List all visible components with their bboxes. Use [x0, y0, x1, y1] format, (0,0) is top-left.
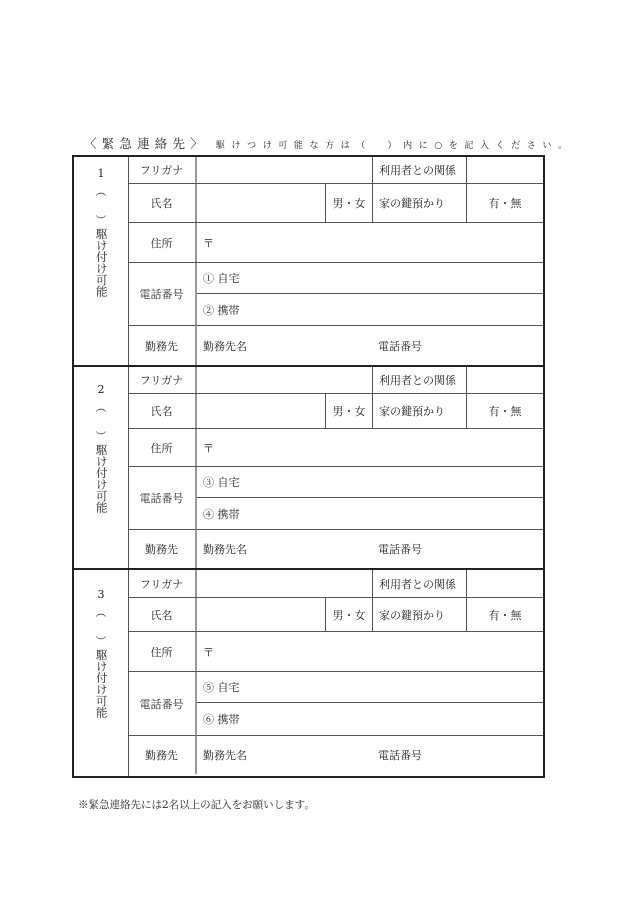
relation-field[interactable] — [466, 367, 543, 393]
contact-block-2: 2 ︵ ︶ 駆け付け可能 フリガナ 利用者との関係 氏名 男・女 家の鍵預かり … — [74, 367, 543, 570]
relation-field[interactable] — [466, 157, 543, 183]
phone-label: 電話番号 — [128, 467, 197, 530]
relation-field[interactable] — [466, 570, 543, 597]
key-select[interactable]: 有・無 — [466, 394, 543, 428]
key-label: 家の鍵預かり — [372, 184, 466, 222]
postal-mark: 〒 — [203, 235, 214, 251]
mobile-phone-row: ⑥ 携帯 — [197, 703, 543, 736]
home-phone-field[interactable]: ③ 自宅 — [197, 467, 543, 497]
address-row: 住所 〒 — [128, 429, 543, 467]
contact-fields: フリガナ 利用者との関係 氏名 男・女 家の鍵預かり 有・無 住所 〒 電話番号… — [128, 367, 543, 568]
name-label: 氏名 — [128, 394, 197, 428]
address-row: 住所 〒 — [128, 223, 543, 263]
contact-number: 2 — [98, 383, 105, 396]
furigana-field[interactable] — [197, 570, 372, 597]
work-label: 勤務先 — [128, 530, 197, 568]
address-label: 住所 — [128, 632, 197, 671]
name-row: 氏名 男・女 家の鍵預かり 有・無 — [128, 184, 543, 223]
availability-mark-close: ︶ — [96, 636, 107, 647]
contact-block-1: 1 ︵ ︶ 駆け付け可能 フリガナ 利用者との関係 氏名 男・女 家の鍵預かり … — [74, 157, 543, 367]
name-field[interactable] — [197, 598, 325, 631]
form-heading: 〈緊急連絡先〉 駆けつけ可能な方は（ ）内に○を記入ください。 — [84, 134, 554, 152]
section-title: 〈緊急連絡先〉 — [84, 134, 208, 152]
work-phone-field[interactable]: 電話番号 — [372, 326, 543, 365]
postal-mark: 〒 — [203, 644, 214, 660]
home-phone-row: ⑤ 自宅 — [197, 672, 543, 703]
furigana-field[interactable] — [197, 157, 372, 183]
address-field[interactable]: 〒 — [197, 223, 543, 262]
home-phone-row: ① 自宅 — [197, 263, 543, 294]
name-row: 氏名 男・女 家の鍵預かり 有・無 — [128, 598, 543, 632]
home-phone-field[interactable]: ⑤ 自宅 — [197, 672, 543, 702]
contact-number: 3 — [98, 588, 105, 601]
furigana-label: フリガナ — [128, 570, 197, 597]
availability-label: 駆け付け可能 — [95, 649, 107, 718]
availability-mark-open[interactable]: ︵ — [96, 186, 107, 197]
name-label: 氏名 — [128, 598, 197, 631]
name-label: 氏名 — [128, 184, 197, 222]
availability-mark-close: ︶ — [96, 431, 107, 442]
work-row: 勤務先 勤務先名 電話番号 — [128, 530, 543, 568]
mobile-phone-field[interactable]: ④ 携帯 — [197, 498, 543, 529]
availability-mark-open[interactable]: ︵ — [96, 402, 107, 413]
address-field[interactable]: 〒 — [197, 429, 543, 466]
address-label: 住所 — [128, 429, 197, 466]
contact-fields: フリガナ 利用者との関係 氏名 男・女 家の鍵預かり 有・無 住所 〒 電話番号… — [128, 157, 543, 365]
furigana-label: フリガナ — [128, 157, 197, 183]
key-label: 家の鍵預かり — [372, 598, 466, 631]
relation-label: 利用者との関係 — [372, 367, 466, 393]
work-label: 勤務先 — [128, 736, 197, 774]
availability-mark-close: ︶ — [96, 215, 107, 226]
gender-select[interactable]: 男・女 — [325, 598, 372, 631]
key-select[interactable]: 有・無 — [466, 598, 543, 631]
work-label: 勤務先 — [128, 326, 197, 365]
work-row: 勤務先 勤務先名 電話番号 — [128, 736, 543, 774]
name-field[interactable] — [197, 184, 325, 222]
mobile-phone-field[interactable]: ⑥ 携帯 — [197, 703, 543, 735]
address-field[interactable]: 〒 — [197, 632, 543, 671]
gender-select[interactable]: 男・女 — [325, 394, 372, 428]
footnote: ※緊急連絡先には2名以上の記入をお願いします。 — [78, 797, 315, 812]
gender-select[interactable]: 男・女 — [325, 184, 372, 222]
mobile-phone-field[interactable]: ② 携帯 — [197, 294, 543, 325]
availability-label: 駆け付け可能 — [95, 444, 107, 513]
emergency-contact-form: 1 ︵ ︶ 駆け付け可能 フリガナ 利用者との関係 氏名 男・女 家の鍵預かり … — [72, 155, 545, 778]
work-row: 勤務先 勤務先名 電話番号 — [128, 326, 543, 365]
furigana-field[interactable] — [197, 367, 372, 393]
furigana-row: フリガナ 利用者との関係 — [128, 570, 543, 598]
home-phone-row: ③ 自宅 — [197, 467, 543, 498]
contact-block-3: 3 ︵ ︶ 駆け付け可能 フリガナ 利用者との関係 氏名 男・女 家の鍵預かり … — [74, 570, 543, 776]
name-field[interactable] — [197, 394, 325, 428]
mobile-phone-row: ② 携帯 — [197, 294, 543, 326]
address-row: 住所 〒 — [128, 632, 543, 672]
mobile-phone-row: ④ 携帯 — [197, 498, 543, 530]
work-name-field[interactable]: 勤務先名 — [197, 326, 372, 365]
home-phone-field[interactable]: ① 自宅 — [197, 263, 543, 293]
work-name-field[interactable]: 勤務先名 — [197, 530, 372, 568]
work-phone-field[interactable]: 電話番号 — [372, 736, 543, 774]
work-phone-field[interactable]: 電話番号 — [372, 530, 543, 568]
furigana-row: フリガナ 利用者との関係 — [128, 367, 543, 394]
address-label: 住所 — [128, 223, 197, 262]
contact-number: 1 — [98, 167, 105, 180]
furigana-label: フリガナ — [128, 367, 197, 393]
key-label: 家の鍵預かり — [372, 394, 466, 428]
availability-label: 駆け付け可能 — [95, 228, 107, 297]
postal-mark: 〒 — [203, 440, 214, 456]
contact-index-column: 3 ︵ ︶ 駆け付け可能 — [74, 570, 129, 776]
furigana-row: フリガナ 利用者との関係 — [128, 157, 543, 184]
instruction-text: 駆けつけ可能な方は（ ）内に○を記入ください。 — [216, 138, 574, 151]
key-select[interactable]: 有・無 — [466, 184, 543, 222]
name-row: 氏名 男・女 家の鍵預かり 有・無 — [128, 394, 543, 429]
contact-index-column: 2 ︵ ︶ 駆け付け可能 — [74, 367, 129, 568]
phone-label: 電話番号 — [128, 672, 197, 736]
contact-index-column: 1 ︵ ︶ 駆け付け可能 — [74, 157, 129, 365]
contact-fields: フリガナ 利用者との関係 氏名 男・女 家の鍵預かり 有・無 住所 〒 電話番号… — [128, 570, 543, 776]
relation-label: 利用者との関係 — [372, 570, 466, 597]
relation-label: 利用者との関係 — [372, 157, 466, 183]
phone-label: 電話番号 — [128, 263, 197, 326]
availability-mark-open[interactable]: ︵ — [96, 607, 107, 618]
work-name-field[interactable]: 勤務先名 — [197, 736, 372, 774]
